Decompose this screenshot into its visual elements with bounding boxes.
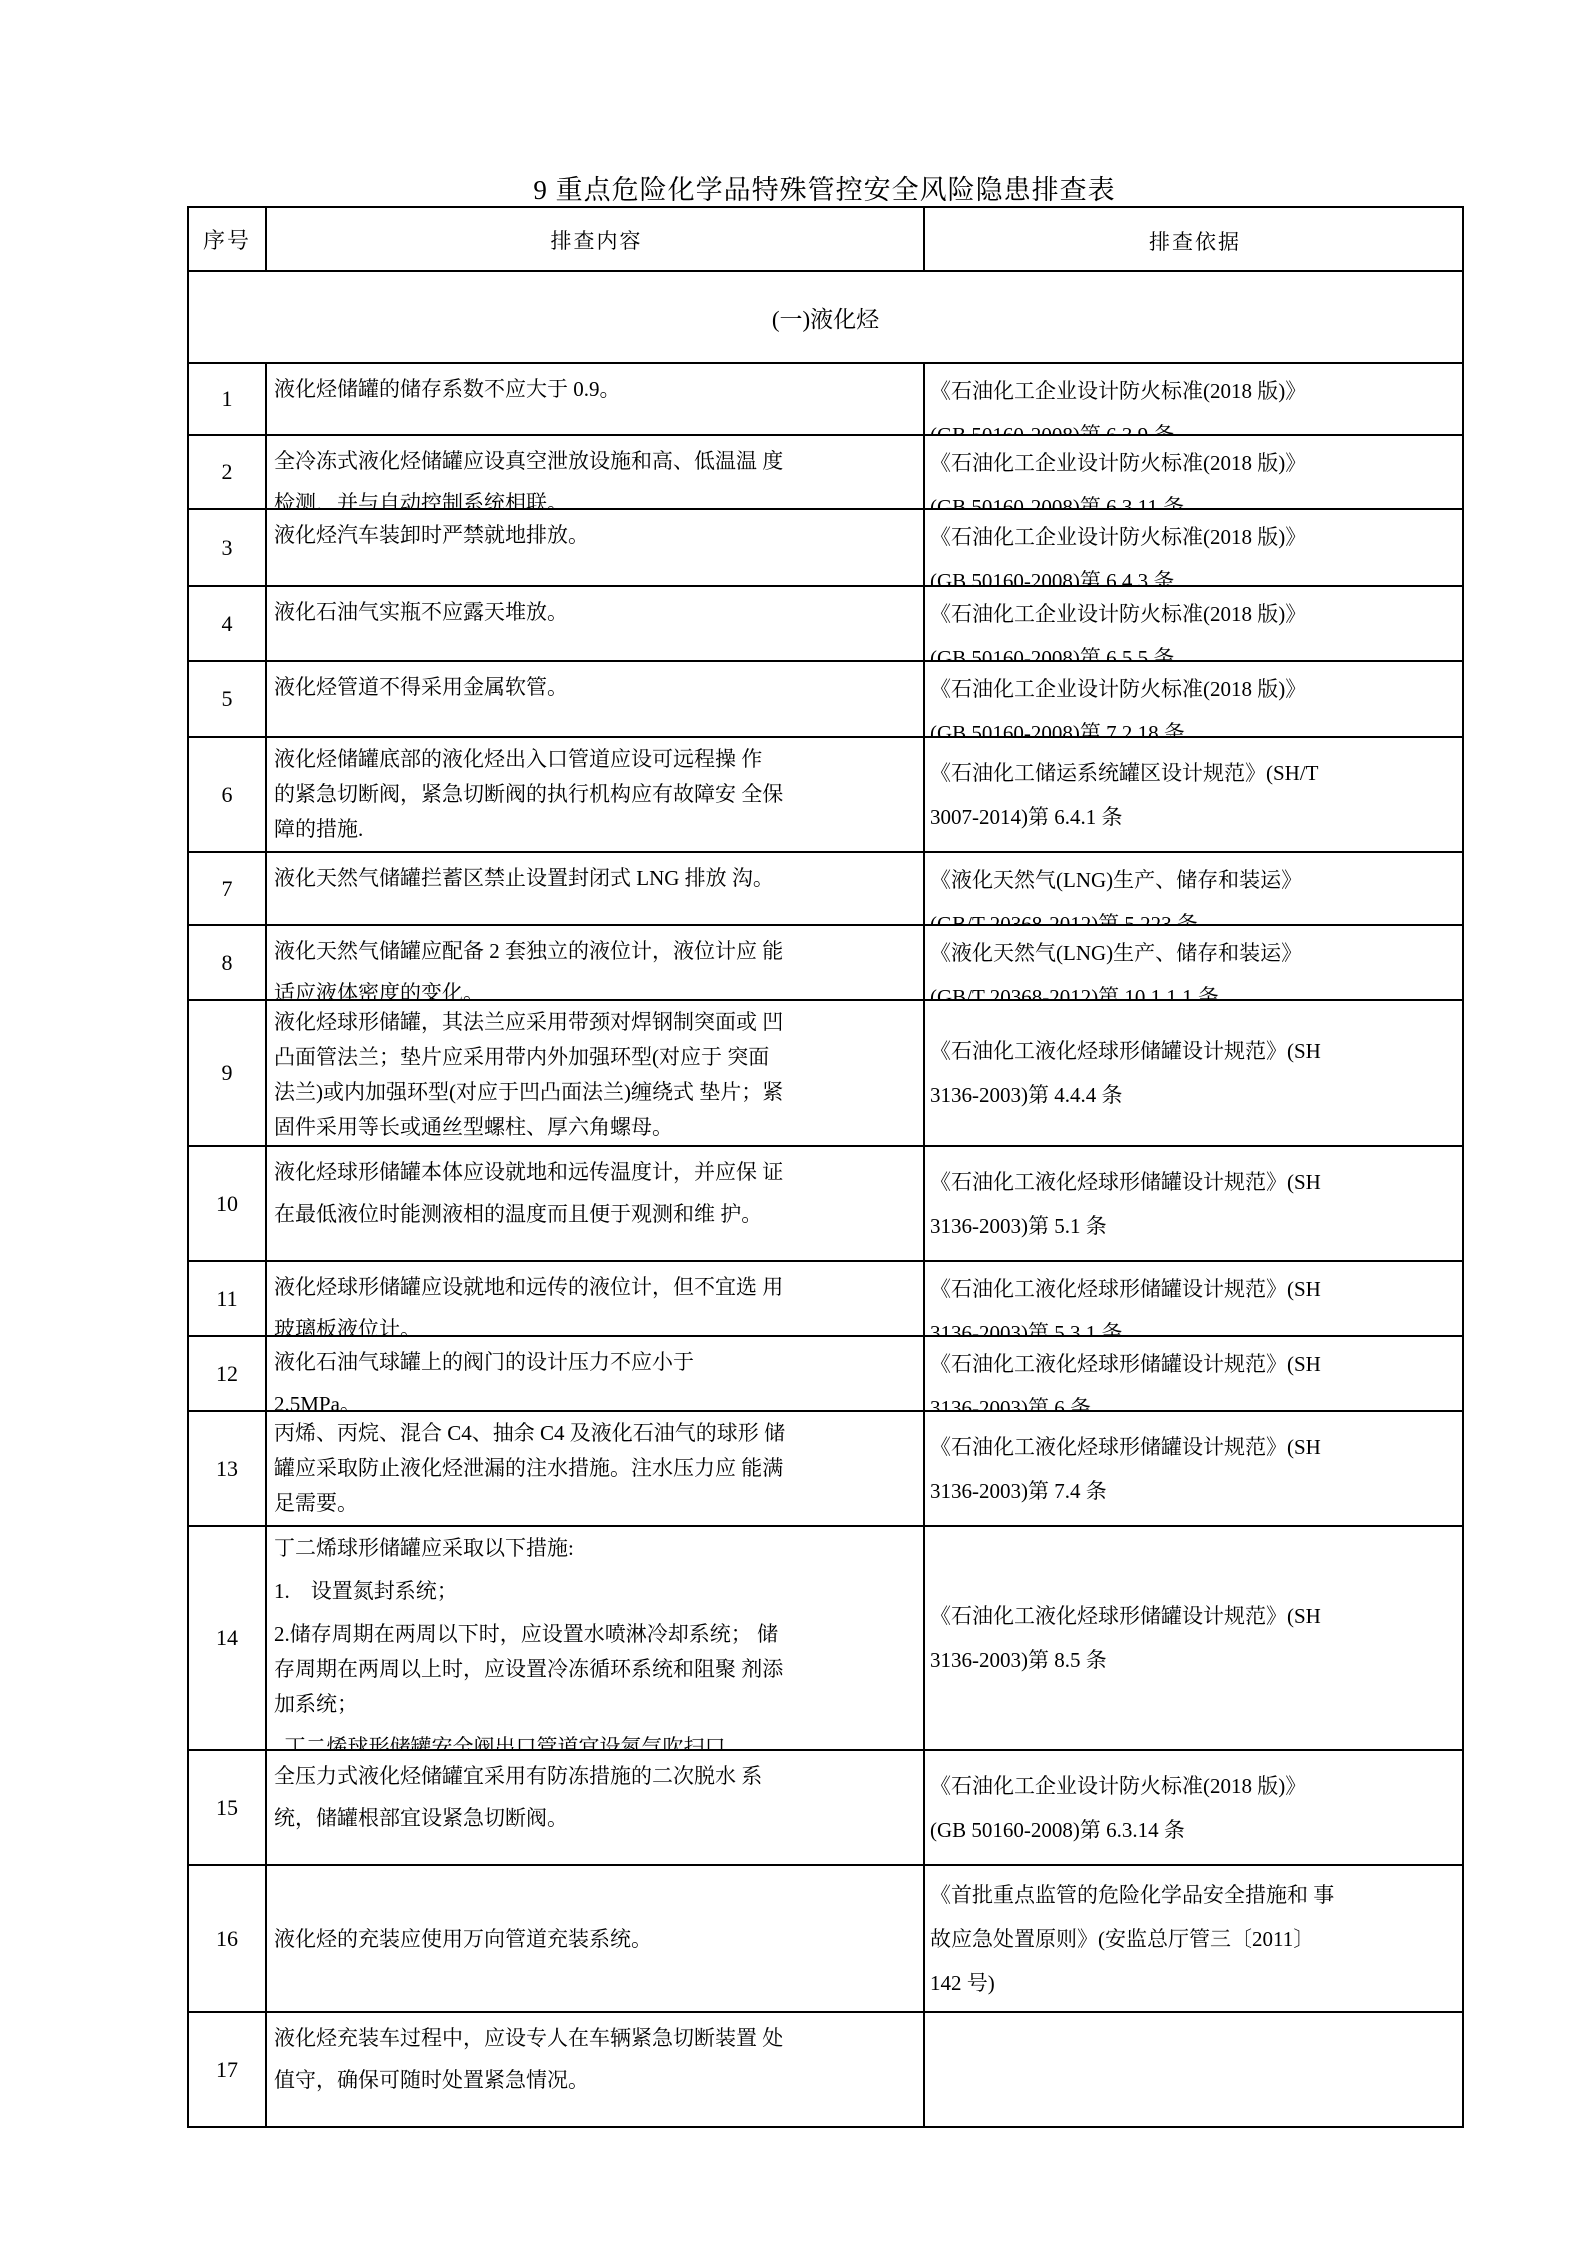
table-row: 7液化天然气储罐拦蓄区禁止设置封闭式 LNG 排放 沟。《液化天然气(LNG)生… xyxy=(188,852,1463,925)
content-line: 2.储存周期在两周以下时，应设置水喷淋冷却系统； 储 xyxy=(274,1617,919,1652)
content-cell: 丁二烯球形储罐应采取以下措施:1. 设置氮封系统；2.储存周期在两周以下时，应设… xyxy=(266,1526,924,1750)
document-page: 9 重点危险化学品特殊管控安全风险隐患排查表 序号 排查内容 排查依据 xyxy=(0,0,1586,2245)
table-row: 17液化烃充装车过程中，应设专人在车辆紧急切断装置 处值守，确保可随时处置紧急情… xyxy=(188,2012,1463,2127)
content-line: 液化烃汽车装卸时严禁就地排放。 xyxy=(274,514,919,556)
header-cell-basis: 排查依据 xyxy=(924,207,1463,271)
content-cell: 全压力式液化烃储罐宜采用有防冻措施的二次脱水 系统，储罐根部宜设紧急切断阀。 xyxy=(266,1750,924,1865)
content-text: 液化烃球形储罐本体应设就地和远传温度计，并应保 证在最低液位时能测液相的温度而且… xyxy=(267,1147,923,1260)
content-line: 在最低液位时能测液相的温度而且便于观测和维 护。 xyxy=(274,1193,919,1235)
table-row: 10液化烃球形储罐本体应设就地和远传温度计，并应保 证在最低液位时能测液相的温度… xyxy=(188,1146,1463,1261)
row-number-cell: 5 xyxy=(188,661,266,737)
content-text: 液化石油气实瓶不应露天堆放。 xyxy=(267,587,923,660)
basis-text: 《石油化工液化烃球形储罐设计规范》(SH3136-2003)第 7.4 条 xyxy=(925,1412,1462,1525)
basis-text: 《石油化工企业设计防火标准(2018 版)》(GB 50160-2008)第 6… xyxy=(925,587,1462,660)
content-cell: 液化天然气储罐应配备 2 套独立的液位计，液位计应 能适应液体密度的变化。 xyxy=(266,925,924,1000)
basis-text: 《石油化工液化烃球形储罐设计规范》(SH3136-2003)第 4.4.4 条 xyxy=(925,1001,1462,1145)
basis-text: 《液化天然气(LNG)生产、储存和装运》(GB/T 20368-2012)第 1… xyxy=(925,926,1462,999)
content-paragraph: 全冷冻式液化烃储罐应设真空泄放设施和高、低温温 度检测，并与自动控制系统相联。 xyxy=(274,440,919,508)
content-paragraph: 液化石油气实瓶不应露天堆放。 xyxy=(274,591,919,633)
content-line: 全冷冻式液化烃储罐应设真空泄放设施和高、低温温 度 xyxy=(274,440,919,482)
basis-cell xyxy=(924,2012,1463,2127)
content-line: 2.5MPa。 xyxy=(274,1383,919,1410)
section-cell: (一)液化烃 xyxy=(188,271,1463,363)
basis-text: 《石油化工液化烃球形储罐设计规范》(SH3136-2003)第 5.1 条 xyxy=(925,1147,1462,1260)
content-text: 全压力式液化烃储罐宜采用有防冻措施的二次脱水 系统，储罐根部宜设紧急切断阀。 xyxy=(267,1751,923,1864)
content-paragraph: 液化烃汽车装卸时严禁就地排放。 xyxy=(274,514,919,556)
content-line: 足需要。 xyxy=(274,1486,919,1521)
row-number: 6 xyxy=(189,738,265,851)
table-row: 14丁二烯球形储罐应采取以下措施:1. 设置氮封系统；2.储存周期在两周以下时，… xyxy=(188,1526,1463,1750)
basis-line: (GB 50160-2008)第 6.3.11 条 xyxy=(930,485,1460,508)
section-title: (一)液化烃 xyxy=(189,272,1462,362)
content-line: 适应液体密度的变化。 xyxy=(274,972,919,999)
content-line: 液化烃球形储罐，其法兰应采用带颈对焊钢制突面或 凹 xyxy=(274,1005,919,1040)
content-text: 液化烃管道不得采用金属软管。 xyxy=(267,662,923,736)
row-number-cell: 9 xyxy=(188,1000,266,1146)
table-row: 3液化烃汽车装卸时严禁就地排放。《石油化工企业设计防火标准(2018 版)》(G… xyxy=(188,509,1463,586)
content-line: 全压力式液化烃储罐宜采用有防冻措施的二次脱水 系 xyxy=(274,1755,919,1797)
basis-line: 《石油化工企业设计防火标准(2018 版)》 xyxy=(930,515,1460,559)
content-line: 的紧急切断阀，紧急切断阀的执行机构应有故障安 全保 xyxy=(274,777,919,812)
content-paragraph: 液化天然气储罐拦蓄区禁止设置封闭式 LNG 排放 沟。 xyxy=(274,857,919,899)
inspection-table: 序号 排查内容 排查依据 (一)液化烃 1液化烃储罐的储存系数不应大于 0.9。… xyxy=(187,206,1464,2128)
table-row: 8液化天然气储罐应配备 2 套独立的液位计，液位计应 能适应液体密度的变化。《液… xyxy=(188,925,1463,1000)
basis-cell: 《石油化工企业设计防火标准(2018 版)》(GB 50160-2008)第 6… xyxy=(924,586,1463,661)
content-line: 凸面管法兰；垫片应采用带内外加强环型(对应于 突面 xyxy=(274,1040,919,1075)
content-line: 固件采用等长或通丝型螺柱、厚六角螺母。 xyxy=(274,1110,919,1145)
header-label-no: 序号 xyxy=(189,208,265,270)
row-number: 9 xyxy=(189,1001,265,1145)
content-paragraph: 液化烃充装车过程中，应设专人在车辆紧急切断装置 处值守，确保可随时处置紧急情况。 xyxy=(274,2017,919,2101)
content-paragraph: 液化烃球形储罐，其法兰应采用带颈对焊钢制突面或 凹凸面管法兰；垫片应采用带内外加… xyxy=(274,1005,919,1145)
row-number: 17 xyxy=(189,2013,265,2126)
content-cell: 液化天然气储罐拦蓄区禁止设置封闭式 LNG 排放 沟。 xyxy=(266,852,924,925)
basis-text: 《石油化工液化烃球形储罐设计规范》(SH3136-2003)第 8.5 条 xyxy=(925,1527,1462,1749)
table-row: 6液化烃储罐底部的液化烃出入口管道应设可远程操 作的紧急切断阀，紧急切断阀的执行… xyxy=(188,737,1463,852)
row-number: 5 xyxy=(189,662,265,736)
basis-line: 《石油化工储运系统罐区设计规范》(SH/T xyxy=(930,751,1460,795)
basis-line: (GB 50160-2008)第 6.4.3 条 xyxy=(930,559,1460,585)
basis-line: 3136-2003)第 6 条 xyxy=(930,1386,1460,1410)
content-line: 1. 设置氮封系统； xyxy=(274,1574,919,1609)
content-paragraph: 2.储存周期在两周以下时，应设置水喷淋冷却系统； 储存周期在两周以上时，应设置冷… xyxy=(274,1617,919,1722)
content-line: 液化石油气实瓶不应露天堆放。 xyxy=(274,591,919,633)
row-number-cell: 3 xyxy=(188,509,266,586)
content-line: 罐应采取防止液化烃泄漏的注水措施。注水压力应 能满 xyxy=(274,1451,919,1486)
content-cell: 液化石油气球罐上的阀门的设计压力不应小于2.5MPa。 xyxy=(266,1336,924,1411)
content-line: 液化烃球形储罐本体应设就地和远传温度计，并应保 证 xyxy=(274,1151,919,1193)
content-cell: 液化烃球形储罐，其法兰应采用带颈对焊钢制突面或 凹凸面管法兰；垫片应采用带内外加… xyxy=(266,1000,924,1146)
basis-line: 《石油化工液化烃球形储罐设计规范》(SH xyxy=(930,1425,1460,1469)
header-cell-no: 序号 xyxy=(188,207,266,271)
content-text: 液化烃的充装应使用万向管道充装系统。 xyxy=(267,1866,923,2011)
content-line: 统，储罐根部宜设紧急切断阀。 xyxy=(274,1797,919,1839)
content-cell: 液化烃的充装应使用万向管道充装系统。 xyxy=(266,1865,924,2012)
basis-line: 《石油化工液化烃球形储罐设计规范》(SH xyxy=(930,1160,1460,1204)
content-paragraph: 丁二烯球形储罐应采取以下措施: xyxy=(274,1531,919,1566)
basis-cell: 《石油化工企业设计防火标准(2018 版)》(GB 50160-2008)第 7… xyxy=(924,661,1463,737)
content-line: 障的措施. xyxy=(274,812,919,847)
table-row: 5液化烃管道不得采用金属软管。《石油化工企业设计防火标准(2018 版)》(GB… xyxy=(188,661,1463,737)
row-number-cell: 4 xyxy=(188,586,266,661)
basis-line: (GB 50160-2008)第 6.5.5 条 xyxy=(930,636,1460,660)
row-number: 16 xyxy=(189,1866,265,2011)
row-number: 13 xyxy=(189,1412,265,1525)
basis-cell: 《石油化工液化烃球形储罐设计规范》(SH3136-2003)第 5.3.1 条 xyxy=(924,1261,1463,1336)
basis-cell: 《首批重点监管的危险化学品安全措施和 事故应急处置原则》(安监总厅管三〔2011… xyxy=(924,1865,1463,2012)
basis-line: (GB 50160-2008)第 6.3.9 条 xyxy=(930,413,1460,434)
content-text: 丙烯、丙烷、混合 C4、抽余 C4 及液化石油气的球形 储罐应采取防止液化烃泄漏… xyxy=(267,1412,923,1525)
basis-text: 《石油化工液化烃球形储罐设计规范》(SH3136-2003)第 6 条 xyxy=(925,1337,1462,1410)
content-line: 检测，并与自动控制系统相联。 xyxy=(274,482,919,508)
basis-text: 《石油化工企业设计防火标准(2018 版)》(GB 50160-2008)第 6… xyxy=(925,510,1462,585)
table-row: 16液化烃的充装应使用万向管道充装系统。《首批重点监管的危险化学品安全措施和 事… xyxy=(188,1865,1463,2012)
basis-line: (GB/T 20368-2012)第 5.223 条 xyxy=(930,902,1460,924)
content-paragraph: 液化烃球形储罐应设就地和远传的液位计，但不宜选 用玻璃板液位计。 xyxy=(274,1266,919,1335)
content-line: 玻璃板液位计。 xyxy=(274,1308,919,1335)
content-line: 液化烃充装车过程中，应设专人在车辆紧急切断装置 处 xyxy=(274,2017,919,2059)
basis-line: (GB 50160-2008)第 6.3.14 条 xyxy=(930,1808,1460,1852)
page-title: 9 重点危险化学品特殊管控安全风险隐患排查表 xyxy=(187,168,1462,207)
basis-line: 3136-2003)第 7.4 条 xyxy=(930,1469,1460,1513)
header-cell-content: 排查内容 xyxy=(266,207,924,271)
basis-text: 《石油化工储运系统罐区设计规范》(SH/T3007-2014)第 6.4.1 条 xyxy=(925,738,1462,851)
basis-cell: 《石油化工企业设计防火标准(2018 版)》(GB 50160-2008)第 6… xyxy=(924,435,1463,509)
content-line: 液化烃的充装应使用万向管道充装系统。 xyxy=(274,1918,919,1960)
content-text: 液化天然气储罐应配备 2 套独立的液位计，液位计应 能适应液体密度的变化。 xyxy=(267,926,923,999)
content-line: 丁二烯球形储罐安全阀出口管道宜设氮气吹扫口 xyxy=(274,1730,919,1749)
basis-line: 《石油化工液化烃球形储罐设计规范》(SH xyxy=(930,1029,1460,1073)
table-row: 15全压力式液化烃储罐宜采用有防冻措施的二次脱水 系统，储罐根部宜设紧急切断阀。… xyxy=(188,1750,1463,1865)
basis-line: 故应急处置原则》(安监总厅管三〔2011〕 xyxy=(930,1917,1460,1961)
basis-cell: 《石油化工液化烃球形储罐设计规范》(SH3136-2003)第 7.4 条 xyxy=(924,1411,1463,1526)
basis-cell: 《石油化工液化烃球形储罐设计规范》(SH3136-2003)第 6 条 xyxy=(924,1336,1463,1411)
row-number: 11 xyxy=(189,1262,265,1335)
content-cell: 全冷冻式液化烃储罐应设真空泄放设施和高、低温温 度检测，并与自动控制系统相联。 xyxy=(266,435,924,509)
row-number-cell: 6 xyxy=(188,737,266,852)
content-line: 液化天然气储罐拦蓄区禁止设置封闭式 LNG 排放 沟。 xyxy=(274,857,919,899)
row-number-cell: 10 xyxy=(188,1146,266,1261)
basis-cell: 《石油化工液化烃球形储罐设计规范》(SH3136-2003)第 4.4.4 条 xyxy=(924,1000,1463,1146)
content-cell: 丙烯、丙烷、混合 C4、抽余 C4 及液化石油气的球形 储罐应采取防止液化烃泄漏… xyxy=(266,1411,924,1526)
row-number-cell: 13 xyxy=(188,1411,266,1526)
table-row: 4液化石油气实瓶不应露天堆放。《石油化工企业设计防火标准(2018 版)》(GB… xyxy=(188,586,1463,661)
row-number: 15 xyxy=(189,1751,265,1864)
table-row: 13丙烯、丙烷、混合 C4、抽余 C4 及液化石油气的球形 储罐应采取防止液化烃… xyxy=(188,1411,1463,1526)
basis-line: 142 号) xyxy=(930,1961,1460,2005)
content-cell: 液化烃汽车装卸时严禁就地排放。 xyxy=(266,509,924,586)
basis-cell: 《石油化工液化烃球形储罐设计规范》(SH3136-2003)第 5.1 条 xyxy=(924,1146,1463,1261)
content-text: 液化烃储罐底部的液化烃出入口管道应设可远程操 作的紧急切断阀，紧急切断阀的执行机… xyxy=(267,738,923,851)
row-number-cell: 14 xyxy=(188,1526,266,1750)
basis-line: 《石油化工企业设计防火标准(2018 版)》 xyxy=(930,592,1460,636)
table-row: 9液化烃球形储罐，其法兰应采用带颈对焊钢制突面或 凹凸面管法兰；垫片应采用带内外… xyxy=(188,1000,1463,1146)
content-cell: 液化烃球形储罐本体应设就地和远传温度计，并应保 证在最低液位时能测液相的温度而且… xyxy=(266,1146,924,1261)
content-paragraph: 液化天然气储罐应配备 2 套独立的液位计，液位计应 能适应液体密度的变化。 xyxy=(274,930,919,999)
row-number: 8 xyxy=(189,926,265,999)
content-paragraph: 液化烃储罐的储存系数不应大于 0.9。 xyxy=(274,368,919,410)
row-number-cell: 8 xyxy=(188,925,266,1000)
row-number: 1 xyxy=(189,364,265,434)
content-line: 法兰)或内加强环型(对应于凹凸面法兰)缠绕式 垫片；紧 xyxy=(274,1075,919,1110)
basis-line: (GB 50160-2008)第 7.2.18 条 xyxy=(930,711,1460,736)
content-line: 值守，确保可随时处置紧急情况。 xyxy=(274,2059,919,2101)
content-text: 液化烃储罐的储存系数不应大于 0.9。 xyxy=(267,364,923,434)
content-text: 液化天然气储罐拦蓄区禁止设置封闭式 LNG 排放 沟。 xyxy=(267,853,923,924)
basis-line: 3136-2003)第 5.3.1 条 xyxy=(930,1311,1460,1335)
content-paragraph: 液化烃的充装应使用万向管道充装系统。 xyxy=(274,1918,919,1960)
basis-text: 《首批重点监管的危险化学品安全措施和 事故应急处置原则》(安监总厅管三〔2011… xyxy=(925,1866,1462,2011)
content-paragraph: 丁二烯球形储罐安全阀出口管道宜设氮气吹扫口 xyxy=(274,1730,919,1749)
row-number-cell: 17 xyxy=(188,2012,266,2127)
basis-line: 《石油化工液化烃球形储罐设计规范》(SH xyxy=(930,1342,1460,1386)
content-cell: 液化烃管道不得采用金属软管。 xyxy=(266,661,924,737)
row-number-cell: 15 xyxy=(188,1750,266,1865)
content-line: 丙烯、丙烷、混合 C4、抽余 C4 及液化石油气的球形 储 xyxy=(274,1416,919,1451)
row-number-cell: 7 xyxy=(188,852,266,925)
header-label-content: 排查内容 xyxy=(267,208,923,270)
basis-text: 《石油化工企业设计防火标准(2018 版)》(GB 50160-2008)第 6… xyxy=(925,364,1462,434)
table-row: 12液化石油气球罐上的阀门的设计压力不应小于2.5MPa。《石油化工液化烃球形储… xyxy=(188,1336,1463,1411)
basis-cell: 《石油化工企业设计防火标准(2018 版)》(GB 50160-2008)第 6… xyxy=(924,363,1463,435)
basis-line: 《液化天然气(LNG)生产、储存和装运》 xyxy=(930,931,1460,975)
content-line: 加系统； xyxy=(274,1687,919,1722)
basis-line: 《石油化工企业设计防火标准(2018 版)》 xyxy=(930,441,1460,485)
row-number-cell: 2 xyxy=(188,435,266,509)
content-line: 液化烃球形储罐应设就地和远传的液位计，但不宜选 用 xyxy=(274,1266,919,1308)
row-number: 10 xyxy=(189,1147,265,1260)
content-paragraph: 液化石油气球罐上的阀门的设计压力不应小于2.5MPa。 xyxy=(274,1341,919,1410)
table-row: 11液化烃球形储罐应设就地和远传的液位计，但不宜选 用玻璃板液位计。《石油化工液… xyxy=(188,1261,1463,1336)
basis-line: 3007-2014)第 6.4.1 条 xyxy=(930,795,1460,839)
basis-text: 《液化天然气(LNG)生产、储存和装运》(GB/T 20368-2012)第 5… xyxy=(925,853,1462,924)
row-number: 3 xyxy=(189,510,265,585)
content-line: 液化烃储罐的储存系数不应大于 0.9。 xyxy=(274,368,919,410)
row-number: 12 xyxy=(189,1337,265,1410)
content-cell: 液化烃储罐的储存系数不应大于 0.9。 xyxy=(266,363,924,435)
content-cell: 液化烃储罐底部的液化烃出入口管道应设可远程操 作的紧急切断阀，紧急切断阀的执行机… xyxy=(266,737,924,852)
content-paragraph: 液化烃管道不得采用金属软管。 xyxy=(274,666,919,708)
content-line: 液化石油气球罐上的阀门的设计压力不应小于 xyxy=(274,1341,919,1383)
basis-cell: 《石油化工液化烃球形储罐设计规范》(SH3136-2003)第 8.5 条 xyxy=(924,1526,1463,1750)
basis-line: 《石油化工企业设计防火标准(2018 版)》 xyxy=(930,1764,1460,1808)
basis-cell: 《液化天然气(LNG)生产、储存和装运》(GB/T 20368-2012)第 1… xyxy=(924,925,1463,1000)
content-text: 液化烃汽车装卸时严禁就地排放。 xyxy=(267,510,923,585)
table-row: 2全冷冻式液化烃储罐应设真空泄放设施和高、低温温 度检测，并与自动控制系统相联。… xyxy=(188,435,1463,509)
content-cell: 液化烃球形储罐应设就地和远传的液位计，但不宜选 用玻璃板液位计。 xyxy=(266,1261,924,1336)
content-paragraph: 液化烃储罐底部的液化烃出入口管道应设可远程操 作的紧急切断阀，紧急切断阀的执行机… xyxy=(274,742,919,847)
content-text: 液化烃充装车过程中，应设专人在车辆紧急切断装置 处值守，确保可随时处置紧急情况。 xyxy=(267,2013,923,2126)
basis-text: 《石油化工企业设计防火标准(2018 版)》(GB 50160-2008)第 6… xyxy=(925,1751,1462,1864)
row-number-cell: 16 xyxy=(188,1865,266,2012)
basis-line: 《石油化工企业设计防火标准(2018 版)》 xyxy=(930,667,1460,711)
content-paragraph: 全压力式液化烃储罐宜采用有防冻措施的二次脱水 系统，储罐根部宜设紧急切断阀。 xyxy=(274,1755,919,1839)
basis-line: 《石油化工液化烃球形储罐设计规范》(SH xyxy=(930,1594,1460,1638)
basis-text: 《石油化工企业设计防火标准(2018 版)》(GB 50160-2008)第 7… xyxy=(925,662,1462,736)
content-cell: 液化石油气实瓶不应露天堆放。 xyxy=(266,586,924,661)
content-line: 液化烃管道不得采用金属软管。 xyxy=(274,666,919,708)
row-number: 14 xyxy=(189,1527,265,1749)
basis-text xyxy=(925,2013,1462,2126)
content-text: 全冷冻式液化烃储罐应设真空泄放设施和高、低温温 度检测，并与自动控制系统相联。 xyxy=(267,436,923,508)
table-header-row: 序号 排查内容 排查依据 xyxy=(188,207,1463,271)
basis-line: 《液化天然气(LNG)生产、储存和装运》 xyxy=(930,858,1460,902)
content-paragraph: 1. 设置氮封系统； xyxy=(274,1574,919,1609)
content-paragraph: 液化烃球形储罐本体应设就地和远传温度计，并应保 证在最低液位时能测液相的温度而且… xyxy=(274,1151,919,1235)
basis-line: 《首批重点监管的危险化学品安全措施和 事 xyxy=(930,1873,1460,1917)
basis-line: 3136-2003)第 5.1 条 xyxy=(930,1204,1460,1248)
content-text: 液化烃球形储罐应设就地和远传的液位计，但不宜选 用玻璃板液位计。 xyxy=(267,1262,923,1335)
row-number: 2 xyxy=(189,436,265,508)
row-number-cell: 11 xyxy=(188,1261,266,1336)
row-number-cell: 12 xyxy=(188,1336,266,1411)
table-row: 1液化烃储罐的储存系数不应大于 0.9。《石油化工企业设计防火标准(2018 版… xyxy=(188,363,1463,435)
content-text: 液化烃球形储罐，其法兰应采用带颈对焊钢制突面或 凹凸面管法兰；垫片应采用带内外加… xyxy=(267,1001,923,1145)
basis-cell: 《石油化工企业设计防火标准(2018 版)》(GB 50160-2008)第 6… xyxy=(924,1750,1463,1865)
row-number: 4 xyxy=(189,587,265,660)
content-paragraph: 丙烯、丙烷、混合 C4、抽余 C4 及液化石油气的球形 储罐应采取防止液化烃泄漏… xyxy=(274,1416,919,1521)
content-text: 液化石油气球罐上的阀门的设计压力不应小于2.5MPa。 xyxy=(267,1337,923,1410)
content-line: 液化天然气储罐应配备 2 套独立的液位计，液位计应 能 xyxy=(274,930,919,972)
basis-text: 《石油化工液化烃球形储罐设计规范》(SH3136-2003)第 5.3.1 条 xyxy=(925,1262,1462,1335)
content-cell: 液化烃充装车过程中，应设专人在车辆紧急切断装置 处值守，确保可随时处置紧急情况。 xyxy=(266,2012,924,2127)
basis-cell: 《石油化工储运系统罐区设计规范》(SH/T3007-2014)第 6.4.1 条 xyxy=(924,737,1463,852)
basis-line: 3136-2003)第 4.4.4 条 xyxy=(930,1073,1460,1117)
row-number-cell: 1 xyxy=(188,363,266,435)
basis-line: (GB/T 20368-2012)第 10.1.1.1 条 xyxy=(930,975,1460,999)
basis-line: 3136-2003)第 8.5 条 xyxy=(930,1638,1460,1682)
content-text: 丁二烯球形储罐应采取以下措施:1. 设置氮封系统；2.储存周期在两周以下时，应设… xyxy=(267,1527,923,1749)
content-line: 存周期在两周以上时，应设置冷冻循环系统和阻聚 剂添 xyxy=(274,1652,919,1687)
basis-line: 《石油化工液化烃球形储罐设计规范》(SH xyxy=(930,1267,1460,1311)
content-line: 液化烃储罐底部的液化烃出入口管道应设可远程操 作 xyxy=(274,742,919,777)
basis-text: 《石油化工企业设计防火标准(2018 版)》(GB 50160-2008)第 6… xyxy=(925,436,1462,508)
content-line: 丁二烯球形储罐应采取以下措施: xyxy=(274,1531,919,1566)
section-row: (一)液化烃 xyxy=(188,271,1463,363)
header-label-basis: 排查依据 xyxy=(925,208,1462,270)
row-number: 7 xyxy=(189,853,265,924)
basis-cell: 《液化天然气(LNG)生产、储存和装运》(GB/T 20368-2012)第 5… xyxy=(924,852,1463,925)
basis-line: 《石油化工企业设计防火标准(2018 版)》 xyxy=(930,369,1460,413)
basis-cell: 《石油化工企业设计防火标准(2018 版)》(GB 50160-2008)第 6… xyxy=(924,509,1463,586)
